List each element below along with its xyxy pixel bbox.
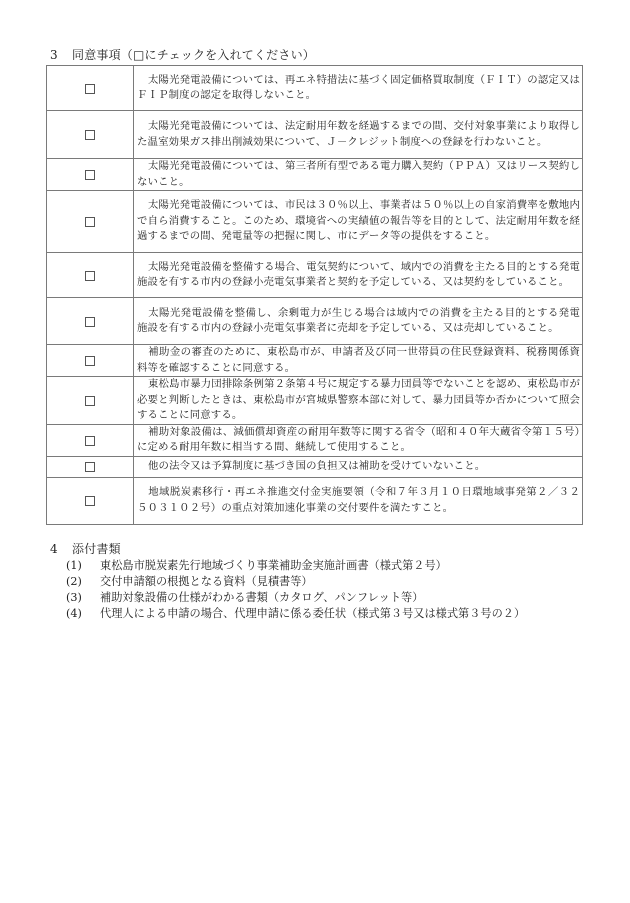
consent-text: 太陽光発電設備については、第三者所有型である電力購入契約（ＰＰＡ）又はリース契約… (137, 160, 580, 188)
checkbox-cell (47, 253, 134, 298)
consent-checkbox-3[interactable] (85, 170, 95, 180)
consent-text-cell: 太陽光発電設備については、再エネ特措法に基づく固定価格買取制度（ＦＩＴ）の認定又… (134, 66, 583, 111)
consent-text: 他の法令又は予算制度に基づき国の負担又は補助を受けていないこと。 (148, 460, 485, 472)
attachment-text: 東松島市脱炭素先行地域づくり事業補助金実施計画書（様式第２号） (100, 558, 586, 574)
consent-row: 他の法令又は予算制度に基づき国の負担又は補助を受けていないこと。 (47, 456, 583, 477)
attachment-number: (2) (66, 574, 100, 590)
consent-row: 地域脱炭素移行・再エネ推進交付金実施要領（令和７年３月１０日環地域事発第２／３２… (47, 477, 583, 524)
consent-text: 太陽光発電設備を整備し、余剰電力が生じる場合は域内での消費を主たる目的とする発電… (137, 307, 580, 335)
consent-text-cell: 太陽光発電設備については、市民は３０％以上、事業者は５０％以上の自家消費率を敷地… (134, 191, 583, 253)
checkbox-cell (47, 66, 134, 111)
consent-text: 太陽光発電設備を整備する場合、電気契約について、域内での消費を主たる目的とする発… (137, 261, 580, 289)
attachment-item: (1) 東松島市脱炭素先行地域づくり事業補助金実施計画書（様式第２号） (66, 558, 586, 574)
section-4-title: 添付書類 (72, 542, 121, 556)
consent-text-cell: 太陽光発電設備については、第三者所有型である電力購入契約（ＰＰＡ）又はリース契約… (134, 159, 583, 191)
checkbox-cell (47, 111, 134, 159)
consent-text-cell: 補助対象設備は、減価償却資産の耐用年数等に関する省令（昭和４０年大蔵省令第１５号… (134, 424, 583, 456)
attachments-list: (1) 東松島市脱炭素先行地域づくり事業補助金実施計画書（様式第２号） (2) … (66, 558, 586, 622)
attachment-text: 代理人による申請の場合、代理申請に係る委任状（様式第３号又は様式第３号の２） (100, 606, 586, 622)
checkbox-cell (47, 477, 134, 524)
consent-row: 太陽光発電設備については、再エネ特措法に基づく固定価格買取制度（ＦＩＴ）の認定又… (47, 66, 583, 111)
consent-checkbox-4[interactable] (85, 217, 95, 227)
checkbox-cell (47, 159, 134, 191)
consent-text-cell: 太陽光発電設備を整備する場合、電気契約について、域内での消費を主たる目的とする発… (134, 253, 583, 298)
consent-checkbox-8[interactable] (85, 396, 95, 406)
consent-text: 太陽光発電設備については、法定耐用年数を経過するまでの間、交付対象事業により取得… (137, 120, 580, 148)
checkbox-cell (47, 345, 134, 377)
consent-row: 太陽光発電設備については、第三者所有型である電力購入契約（ＰＰＡ）又はリース契約… (47, 159, 583, 191)
consent-checkbox-9[interactable] (85, 436, 95, 446)
consent-text-cell: 他の法令又は予算制度に基づき国の負担又は補助を受けていないこと。 (134, 456, 583, 477)
consent-text: 補助対象設備は、減価償却資産の耐用年数等に関する省令（昭和４０年大蔵省令第１５号… (137, 426, 580, 454)
consent-checkbox-5[interactable] (85, 271, 95, 281)
document-page: 3同意事項（□にチェックを入れてください） 太陽光発電設備については、再エネ特措… (0, 0, 630, 903)
section-3-title: 同意事項（□にチェックを入れてください） (72, 48, 315, 62)
checkbox-cell (47, 456, 134, 477)
consent-checkbox-6[interactable] (85, 317, 95, 327)
consent-text-cell: 地域脱炭素移行・再エネ推進交付金実施要領（令和７年３月１０日環地域事発第２／３２… (134, 477, 583, 524)
consent-checkbox-2[interactable] (85, 130, 95, 140)
consent-text-cell: 補助金の審査のために、東松島市が、申請者及び同一世帯員の住民登録資料、税務関係資… (134, 345, 583, 377)
consent-row: 補助対象設備は、減価償却資産の耐用年数等に関する省令（昭和４０年大蔵省令第１５号… (47, 424, 583, 456)
consent-checkbox-11[interactable] (85, 496, 95, 506)
consent-checkbox-1[interactable] (85, 84, 95, 94)
consent-text: 東松島市暴力団排除条例第２条第４号に規定する暴力団員等でないことを認め、東松島市… (137, 378, 580, 421)
attachment-text: 交付申請額の根拠となる資料（見積書等） (100, 574, 586, 590)
consent-row: 補助金の審査のために、東松島市が、申請者及び同一世帯員の住民登録資料、税務関係資… (47, 345, 583, 377)
checkbox-cell (47, 377, 134, 425)
attachment-number: (4) (66, 606, 100, 622)
consent-text-cell: 太陽光発電設備については、法定耐用年数を経過するまでの間、交付対象事業により取得… (134, 111, 583, 159)
section-3-number: 3 (50, 47, 72, 63)
consent-checkbox-7[interactable] (85, 356, 95, 366)
checkbox-cell (47, 191, 134, 253)
consent-text: 補助金の審査のために、東松島市が、申請者及び同一世帯員の住民登録資料、税務関係資… (137, 346, 580, 374)
section-4-number: 4 (50, 541, 72, 557)
attachment-item: (2) 交付申請額の根拠となる資料（見積書等） (66, 574, 586, 590)
section-4-heading: 4添付書類 (50, 541, 121, 557)
attachment-item: (4) 代理人による申請の場合、代理申請に係る委任状（様式第３号又は様式第３号の… (66, 606, 586, 622)
consent-text: 太陽光発電設備については、再エネ特措法に基づく固定価格買取制度（ＦＩＴ）の認定又… (137, 74, 580, 102)
consent-text: 太陽光発電設備については、市民は３０％以上、事業者は５０％以上の自家消費率を敷地… (137, 199, 580, 242)
consent-row: 東松島市暴力団排除条例第２条第４号に規定する暴力団員等でないことを認め、東松島市… (47, 377, 583, 425)
consent-text-cell: 東松島市暴力団排除条例第２条第４号に規定する暴力団員等でないことを認め、東松島市… (134, 377, 583, 425)
consent-table: 太陽光発電設備については、再エネ特措法に基づく固定価格買取制度（ＦＩＴ）の認定又… (46, 65, 583, 525)
section-3-heading: 3同意事項（□にチェックを入れてください） (50, 47, 315, 63)
consent-row: 太陽光発電設備を整備し、余剰電力が生じる場合は域内での消費を主たる目的とする発電… (47, 298, 583, 345)
attachment-number: (1) (66, 558, 100, 574)
consent-text-cell: 太陽光発電設備を整備し、余剰電力が生じる場合は域内での消費を主たる目的とする発電… (134, 298, 583, 345)
checkbox-cell (47, 424, 134, 456)
attachment-text: 補助対象設備の仕様がわかる書類（カタログ、パンフレット等） (100, 590, 586, 606)
consent-row: 太陽光発電設備を整備する場合、電気契約について、域内での消費を主たる目的とする発… (47, 253, 583, 298)
attachment-number: (3) (66, 590, 100, 606)
consent-text: 地域脱炭素移行・再エネ推進交付金実施要領（令和７年３月１０日環地域事発第２／３２… (137, 486, 580, 514)
consent-checkbox-10[interactable] (85, 462, 95, 472)
attachment-item: (3) 補助対象設備の仕様がわかる書類（カタログ、パンフレット等） (66, 590, 586, 606)
consent-row: 太陽光発電設備については、法定耐用年数を経過するまでの間、交付対象事業により取得… (47, 111, 583, 159)
consent-row: 太陽光発電設備については、市民は３０％以上、事業者は５０％以上の自家消費率を敷地… (47, 191, 583, 253)
checkbox-cell (47, 298, 134, 345)
